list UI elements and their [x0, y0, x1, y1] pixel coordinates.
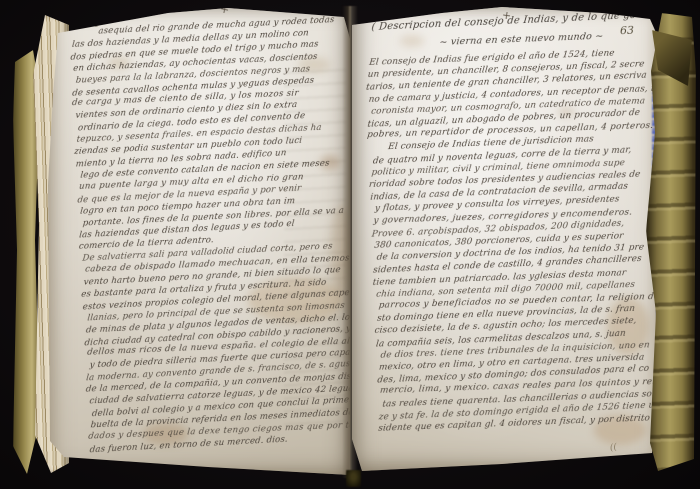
cross-mark-icon: + [219, 5, 231, 17]
left-page: 66 + asequia del rio grande de mucha agu… [48, 5, 350, 477]
corner-flourish: (( [609, 442, 618, 453]
manuscript-photo: 66 + asequia del rio grande de mucha agu… [0, 0, 700, 489]
manuscript-text-right: El consejo de Indias fue erigido el año … [364, 46, 660, 435]
open-book: 66 + asequia del rio grande de mucha agu… [0, 0, 700, 489]
manuscript-text-left: asequia del rio grande de mucha agua y r… [68, 14, 350, 456]
right-cover-edge [646, 13, 696, 473]
binding-tail [346, 470, 361, 487]
page-number-right: 63 [620, 24, 634, 37]
chapter-title-line2: ~ vierna en este nuevo mundo ~ [439, 31, 604, 48]
right-page: 63 + ( Descripcion del consejo de Indias… [352, 7, 660, 471]
stain [400, 35, 424, 47]
